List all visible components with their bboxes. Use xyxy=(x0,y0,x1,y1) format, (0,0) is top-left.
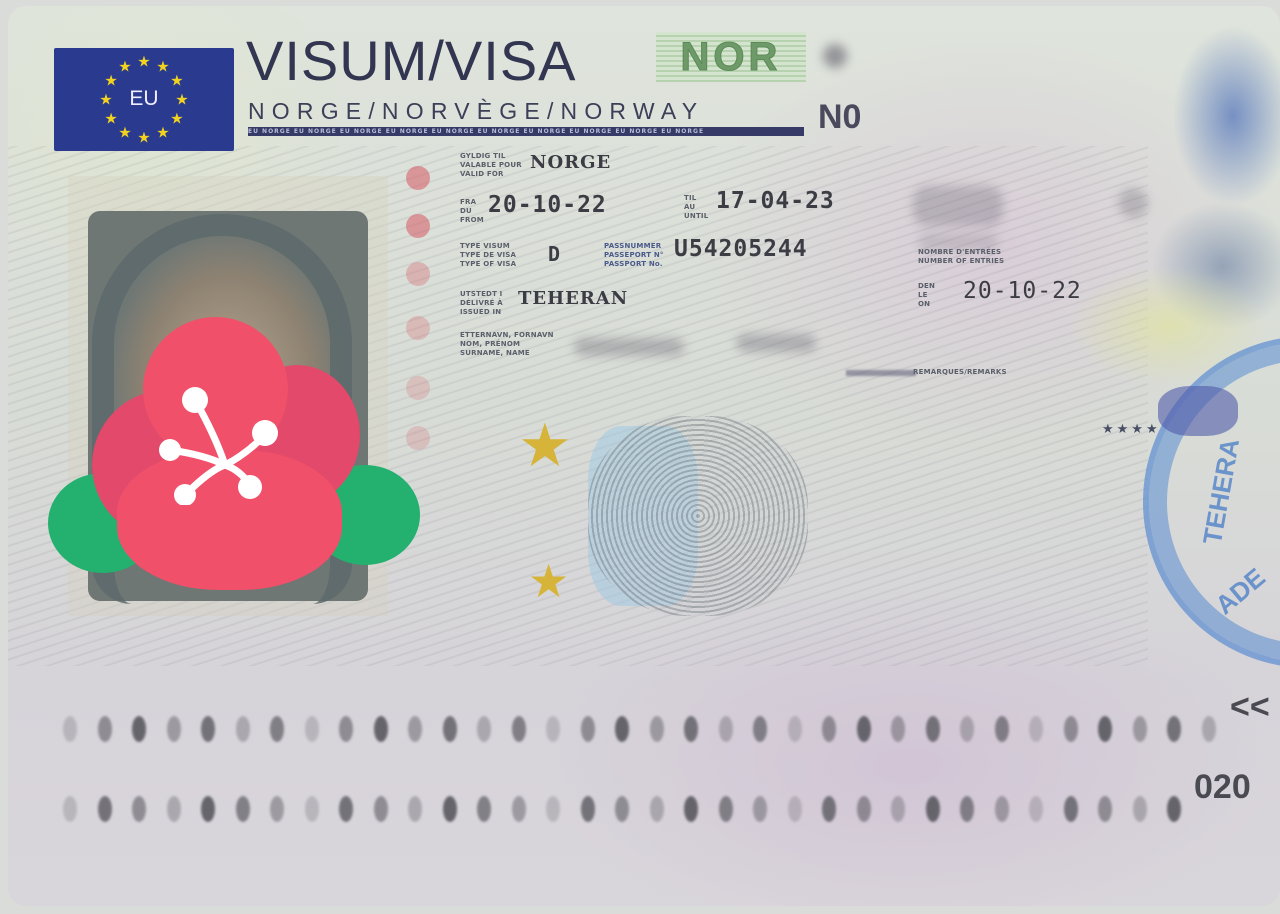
stamen-icon xyxy=(155,375,305,505)
name-redacted xyxy=(736,334,816,352)
eu-star-icon: ★ xyxy=(104,112,117,127)
stamp-emblem-icon xyxy=(1158,386,1238,436)
redacted-block xyxy=(913,186,1003,226)
mrz-char-blurred xyxy=(236,716,250,742)
eu-flag-label: EU xyxy=(54,87,234,111)
mrz-char-blurred xyxy=(650,796,664,822)
issued-in-value: TEHERAN xyxy=(518,288,628,309)
mrz-char-blurred xyxy=(891,716,905,742)
mrz-char-blurred xyxy=(477,796,491,822)
until-label: TIL AU UNTIL xyxy=(684,194,708,221)
gold-star-icon: ★ xyxy=(528,551,569,611)
mrz-char-blurred xyxy=(719,716,733,742)
mrz-line-2 xyxy=(48,786,1280,846)
visa-number-partial: N0 xyxy=(818,98,861,137)
surname-name-label: ETTERNAVN, FORNAVN NOM, PRÉNOM SURNAME, … xyxy=(460,331,554,358)
entries-label: NOMBRE D'ENTRÉES NUMBER OF ENTRIES xyxy=(918,248,1004,266)
mrz-char-blurred xyxy=(201,716,215,742)
mrz-char-blurred xyxy=(339,716,353,742)
mrz-char-blurred xyxy=(822,716,836,742)
mrz-char-blurred xyxy=(546,716,560,742)
mrz-char-blurred xyxy=(1029,716,1043,742)
issued-on-value: 20-10-22 xyxy=(963,278,1082,304)
mrz-char-blurred xyxy=(132,796,146,822)
mrz-char-blurred xyxy=(788,716,802,742)
mrz-char-blurred xyxy=(443,716,457,742)
document-subtitle: NORGE/NORVÈGE/NORWAY xyxy=(248,98,704,125)
country-code: NOR xyxy=(656,32,806,82)
mrz-char-blurred xyxy=(1167,796,1181,822)
redacted-dot xyxy=(823,44,847,68)
eu-star-icon: ★ xyxy=(118,60,131,75)
mrz-char-blurred xyxy=(788,796,802,822)
mrz-char-blurred xyxy=(822,796,836,822)
mrz-char-blurred xyxy=(1167,716,1181,742)
mrz-char-blurred xyxy=(960,716,974,742)
mrz-char-blurred xyxy=(1133,796,1147,822)
document-title: VISUM/VISA xyxy=(246,28,577,93)
mrz-char-blurred xyxy=(1202,716,1216,742)
mrz-line-1 xyxy=(48,706,1280,766)
mrz-char-blurred xyxy=(926,796,940,822)
fingerprint-pattern xyxy=(588,416,808,616)
mrz-line-1-end: << xyxy=(1230,688,1270,727)
mrz-char-blurred xyxy=(201,796,215,822)
mrz-char-blurred xyxy=(615,716,629,742)
mrz-char-blurred xyxy=(1064,716,1078,742)
mrz-char-blurred xyxy=(960,796,974,822)
issued-in-label: UTSTEDT I DÉLIVRÉ À ISSUED IN xyxy=(460,290,503,317)
mrz-char-blurred xyxy=(98,796,112,822)
eu-star-icon: ★ xyxy=(137,55,150,70)
mrz-char-blurred xyxy=(98,716,112,742)
valid-for-label: GYLDIG TIL VALABLE POUR VALID FOR xyxy=(460,152,522,179)
mrz-char-blurred xyxy=(132,716,146,742)
surname-redacted xyxy=(574,338,684,356)
mrz-char-blurred xyxy=(1133,716,1147,742)
mrz-line-2-end: 020 xyxy=(1194,768,1251,807)
mrz-char-blurred xyxy=(753,716,767,742)
mrz-char-blurred xyxy=(512,796,526,822)
mrz-char-blurred xyxy=(857,716,871,742)
mrz-char-blurred xyxy=(1064,796,1078,822)
until-value: 17-04-23 xyxy=(716,188,835,214)
gold-star-icon: ★ xyxy=(518,416,572,476)
mrz-char-blurred xyxy=(719,796,733,822)
redacted-dot xyxy=(1118,188,1148,218)
passport-number-label: PASSNUMMER PASSEPORT N° PASSPORT No. xyxy=(604,242,664,269)
valid-for-value: NORGE xyxy=(530,152,611,173)
mrz-char-blurred xyxy=(581,716,595,742)
issued-on-label: DEN LE ON xyxy=(918,282,935,309)
mrz-char-blurred xyxy=(305,716,319,742)
mrz-char-blurred xyxy=(995,796,1009,822)
mrz-char-blurred xyxy=(236,796,250,822)
mrz-char-blurred xyxy=(63,716,77,742)
mrz-char-blurred xyxy=(1098,716,1112,742)
mrz-char-blurred xyxy=(443,796,457,822)
eu-star-icon: ★ xyxy=(118,125,131,140)
mrz-char-blurred xyxy=(546,796,560,822)
mrz-char-blurred xyxy=(581,796,595,822)
mrz-char-blurred xyxy=(477,716,491,742)
eu-star-icon: ★ xyxy=(156,125,169,140)
eu-star-icon: ★ xyxy=(170,112,183,127)
mrz-char-blurred xyxy=(615,796,629,822)
mrz-char-blurred xyxy=(1098,796,1112,822)
mrz-char-blurred xyxy=(650,716,664,742)
mrz-char-blurred xyxy=(270,796,284,822)
mrz-char-blurred xyxy=(684,796,698,822)
mrz-char-blurred xyxy=(339,796,353,822)
mrz-char-blurred xyxy=(270,716,284,742)
mrz-char-blurred xyxy=(374,716,388,742)
mrz-char-blurred xyxy=(1029,796,1043,822)
mrz-char-blurred xyxy=(305,796,319,822)
stamp-stars: ★★★★ xyxy=(1102,422,1161,437)
mrz-char-blurred xyxy=(167,796,181,822)
mrz-char-blurred xyxy=(512,716,526,742)
from-value: 20-10-22 xyxy=(488,192,607,218)
flower-sticker-icon xyxy=(45,315,425,590)
eu-star-icon: ★ xyxy=(156,60,169,75)
mrz-char-blurred xyxy=(753,796,767,822)
mrz-char-blurred xyxy=(408,716,422,742)
mrz-char-blurred xyxy=(167,716,181,742)
microprint-line: EU NORGE EU NORGE EU NORGE EU NORGE EU N… xyxy=(248,127,804,136)
remarks-rule xyxy=(846,370,916,376)
mrz-char-blurred xyxy=(63,796,77,822)
type-of-visa-label: TYPE VISUM TYPE DE VISA TYPE OF VISA xyxy=(460,242,516,269)
passport-number-value: U54205244 xyxy=(674,236,808,262)
remarks-label: REMARQUES/REMARKS xyxy=(913,368,1007,377)
from-label: FRA DU FROM xyxy=(460,198,484,225)
eu-star-icon: ★ xyxy=(137,131,150,146)
mrz-char-blurred xyxy=(374,796,388,822)
mrz-char-blurred xyxy=(891,796,905,822)
type-of-visa-value: D xyxy=(548,242,561,266)
mrz-char-blurred xyxy=(926,716,940,742)
mrz-char-blurred xyxy=(857,796,871,822)
eu-flag-icon: ★★★★★★★★★★★★ EU xyxy=(54,48,234,151)
mrz-char-blurred xyxy=(995,716,1009,742)
mrz-char-blurred xyxy=(684,716,698,742)
mrz-char-blurred xyxy=(408,796,422,822)
